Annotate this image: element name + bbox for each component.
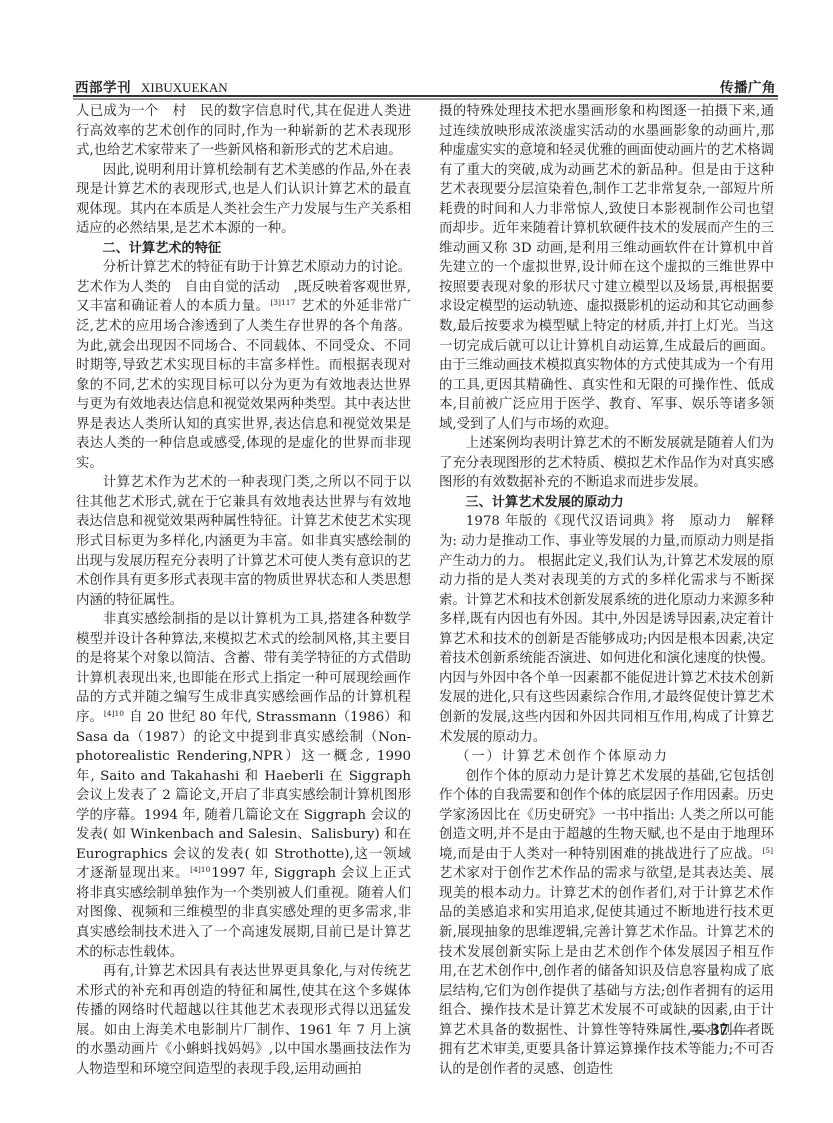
section-heading: 二、计算艺术的特征 (76, 239, 411, 259)
journal-name-en: XIBUXUEKAN (141, 80, 228, 95)
paragraph: 再有,计算艺术因具有表达世界更具象化,与对传统艺术形式的补充和再创造的特征和属性… (76, 962, 411, 1079)
paragraph-text: 非真实感绘制指的是以计算机为工具,搭建各种数学模型并设计各种算法,来模拟艺术式的… (76, 612, 411, 725)
right-column: 摄的特殊处理技术把水墨画形象和构图逐一拍摄下来,通过连续放映形成浓淡虚实活动的水… (439, 102, 774, 1079)
journal-name-cn: 西部学刊 (75, 80, 131, 96)
header-rule-thick (73, 95, 778, 97)
paragraph: 因此,说明利用计算机绘制有艺术美感的作品,外在表现是计算艺术的表现形式,也是人们… (76, 161, 411, 239)
paragraph: 非真实感绘制指的是以计算机为工具,搭建各种数学模型并设计各种算法,来模拟艺术式的… (76, 610, 411, 962)
paragraph: 分析计算艺术的特征有助于计算艺术原动力的讨论。艺术作为人类的 自由自觉的活动 ,… (76, 258, 411, 473)
section-heading: 三、计算艺术发展的原动力 (439, 493, 774, 513)
citation-ref: [4]10 (104, 709, 124, 718)
paragraph-text: 艺术的外延非常广泛,艺术的应用场合渗透到了人类生存世界的各个角落。为此,就会出现… (76, 299, 411, 470)
paragraph-text: 创作个体的原动力是计算艺术发展的基础,它包括创作个体的自我需要和创作个体的底层因… (439, 769, 774, 862)
paragraph-text: 艺术家对于创作艺术作品的需求与欲望,是其表达美、展现美的根本动力。计算艺术的创作… (439, 866, 774, 1076)
page-number: —37— (690, 1020, 749, 1040)
paragraph: 计算艺术作为艺术的一种表现门类,之所以不同于以往其他艺术形式,就在于它兼具有效地… (76, 473, 411, 610)
running-header: 西部学刊XIBUXUEKAN 传播广角 (73, 76, 778, 96)
left-column: 人已成为一个 村 民的数字信息时代,其在促进人类进行高效率的艺术创作的同时,作为… (76, 102, 411, 1079)
paragraph: 摄的特殊处理技术把水墨画形象和构图逐一拍摄下来,通过连续放映形成浓淡虚实活动的水… (439, 102, 774, 434)
citation-ref: [4]10 (190, 865, 210, 874)
paragraph: 上述案例均表明计算艺术的不断发展就是随着人们为了充分表现图形的艺术特质、模拟艺术… (439, 434, 774, 493)
header-rule-thin (73, 98, 778, 100)
paragraph: 人已成为一个 村 民的数字信息时代,其在促进人类进行高效率的艺术创作的同时,作为… (76, 102, 411, 161)
page-number-value: 37 (711, 1020, 728, 1039)
page-dash-right: — (732, 1020, 749, 1039)
paragraph: 1978 年版的《现代汉语词典》将 原动力 解释为: 动力是推动工作、事业等发展… (439, 512, 774, 747)
journal-title: 西部学刊XIBUXUEKAN (75, 76, 228, 96)
subsection-heading: （一）计算艺术创作个体原动力 (439, 747, 774, 767)
citation-ref: [5] (762, 846, 773, 855)
citation-ref: [3]117 (270, 298, 295, 307)
section-title: 传播广角 (720, 76, 776, 96)
page-dash-left: — (690, 1020, 707, 1039)
paragraph-text: 自 20 世纪 80 年代, Strassmann（1986）和 Sasa da… (76, 710, 411, 881)
